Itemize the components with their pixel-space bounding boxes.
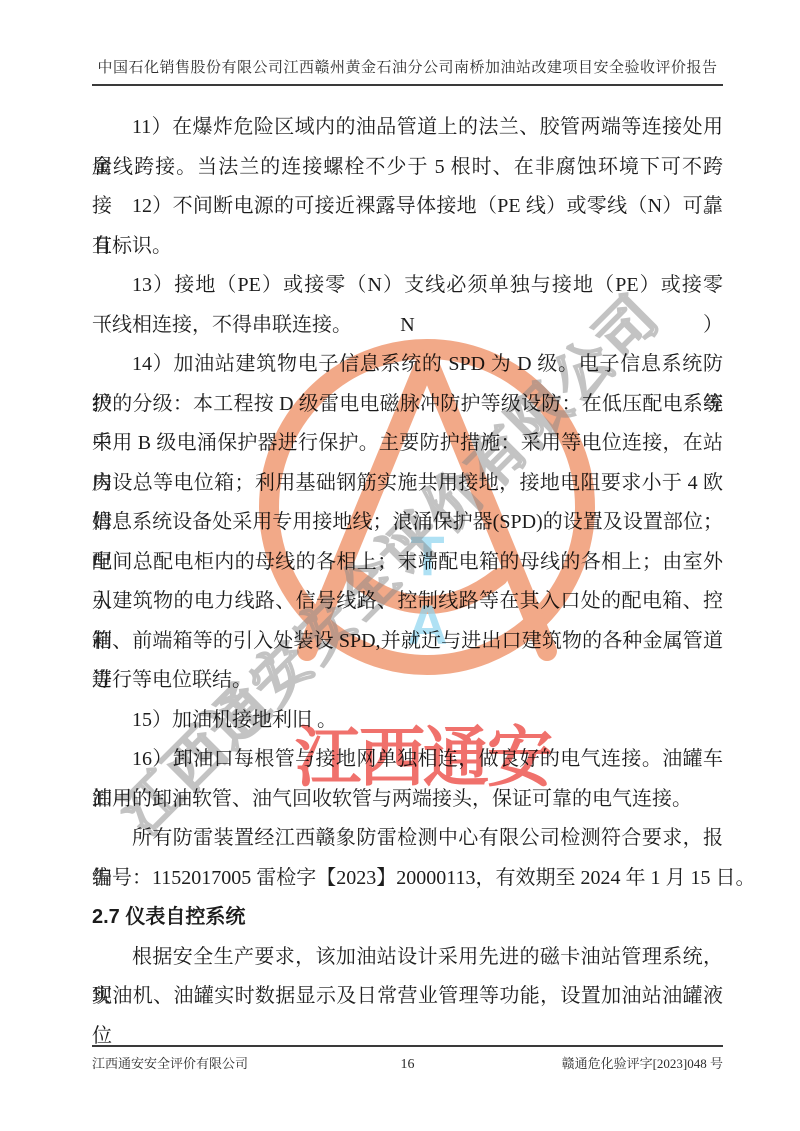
- body-line: 15）加油机接地利旧 。: [92, 701, 723, 741]
- body-line: 编号：1152017005 雷检字【2023】20000113，有效期至 202…: [92, 859, 723, 899]
- footer-document-number: 赣通危化验评字[2023]048 号: [438, 1053, 724, 1072]
- document-body: 11）在爆炸危险区域内的油品管道上的法兰、胶管两端等连接处用金属线跨接。当法兰的…: [92, 86, 723, 1017]
- header-title: 中国石化销售股份有限公司江西赣州黄金石油分公司南桥加油站改建项目安全验收评价报告: [92, 56, 723, 77]
- body-line: 11）在爆炸危险区域内的油品管道上的法兰、胶管两端等连接处用金: [92, 108, 723, 148]
- footer-company: 江西通安安全评价有限公司: [92, 1053, 378, 1072]
- body-line: 属线跨接。当法兰的连接螺栓不少于 5 根时、在非腐蚀环境下可不跨接。: [92, 148, 723, 188]
- body-line: 所有防雷装置经江西赣象防雷检测中心有限公司检测符合要求，报告: [92, 819, 723, 859]
- body-line: 级的分级：本工程按 D 级雷电电磁脉冲防护等级设防：在低压配电系统中: [92, 385, 723, 425]
- body-line: 12）不间断电源的可接近裸露导体接地（PE 线）或零线（N）可靠且: [92, 187, 723, 227]
- body-line: 现油机、油罐实时数据显示及日常营业管理等功能，设置加油站油罐液位: [92, 977, 723, 1017]
- body-line: 2.7 仪表自控系统: [92, 898, 723, 938]
- body-line: 入建筑物的电力线路、信号线路、控制线路等在其入口处的配电箱、控制: [92, 582, 723, 622]
- body-line: 信息系统设备处采用专用接地线；浪涌保护器(SPD)的设置及设置部位：配: [92, 503, 723, 543]
- body-line: 进行等电位联结。: [92, 661, 723, 701]
- body-line: 有标识。: [92, 227, 723, 267]
- page-footer: 江西通安安全评价有限公司 16 赣通危化验评字[2023]048 号: [92, 1045, 723, 1073]
- body-line: 内设总等电位箱；利用基础钢筋实施共用接地，接地电阻要求小于 4 欧姆；: [92, 464, 723, 504]
- body-line: 采用 B 级电涌保护器进行保护。主要防护措施：采用等电位连接，在站房: [92, 424, 723, 464]
- body-line: 14）加油站建筑物电子信息系统的 SPD 为 D 级。电子信息系统防护等: [92, 345, 723, 385]
- document-page: 中国石化销售股份有限公司江西赣州黄金石油分公司南桥加油站改建项目安全验收评价报告…: [0, 0, 800, 1131]
- body-line: 16）卸油口每根管与接地网单独相连，做良好的电气连接。油罐车卸: [92, 740, 723, 780]
- page-header: 中国石化销售股份有限公司江西赣州黄金石油分公司南桥加油站改建项目安全验收评价报告: [92, 0, 723, 86]
- body-line: 根据安全生产要求，该加油站设计采用先进的磁卡油站管理系统，实: [92, 938, 723, 978]
- body-line: 油用的卸油软管、油气回收软管与两端接头，保证可靠的电气连接。: [92, 780, 723, 820]
- body-line: 箱、前端箱等的引入处装设 SPD,并就近与进出口建筑物的各种金属管道等: [92, 622, 723, 662]
- body-line: 13）接地（PE）或接零（N）支线必须单独与接地（PE）或接零（N）: [92, 266, 723, 306]
- body-line: 电间总配电柜内的母线的各相上；末端配电箱的母线的各相上；由室外引: [92, 543, 723, 583]
- footer-page-number: 16: [378, 1057, 438, 1073]
